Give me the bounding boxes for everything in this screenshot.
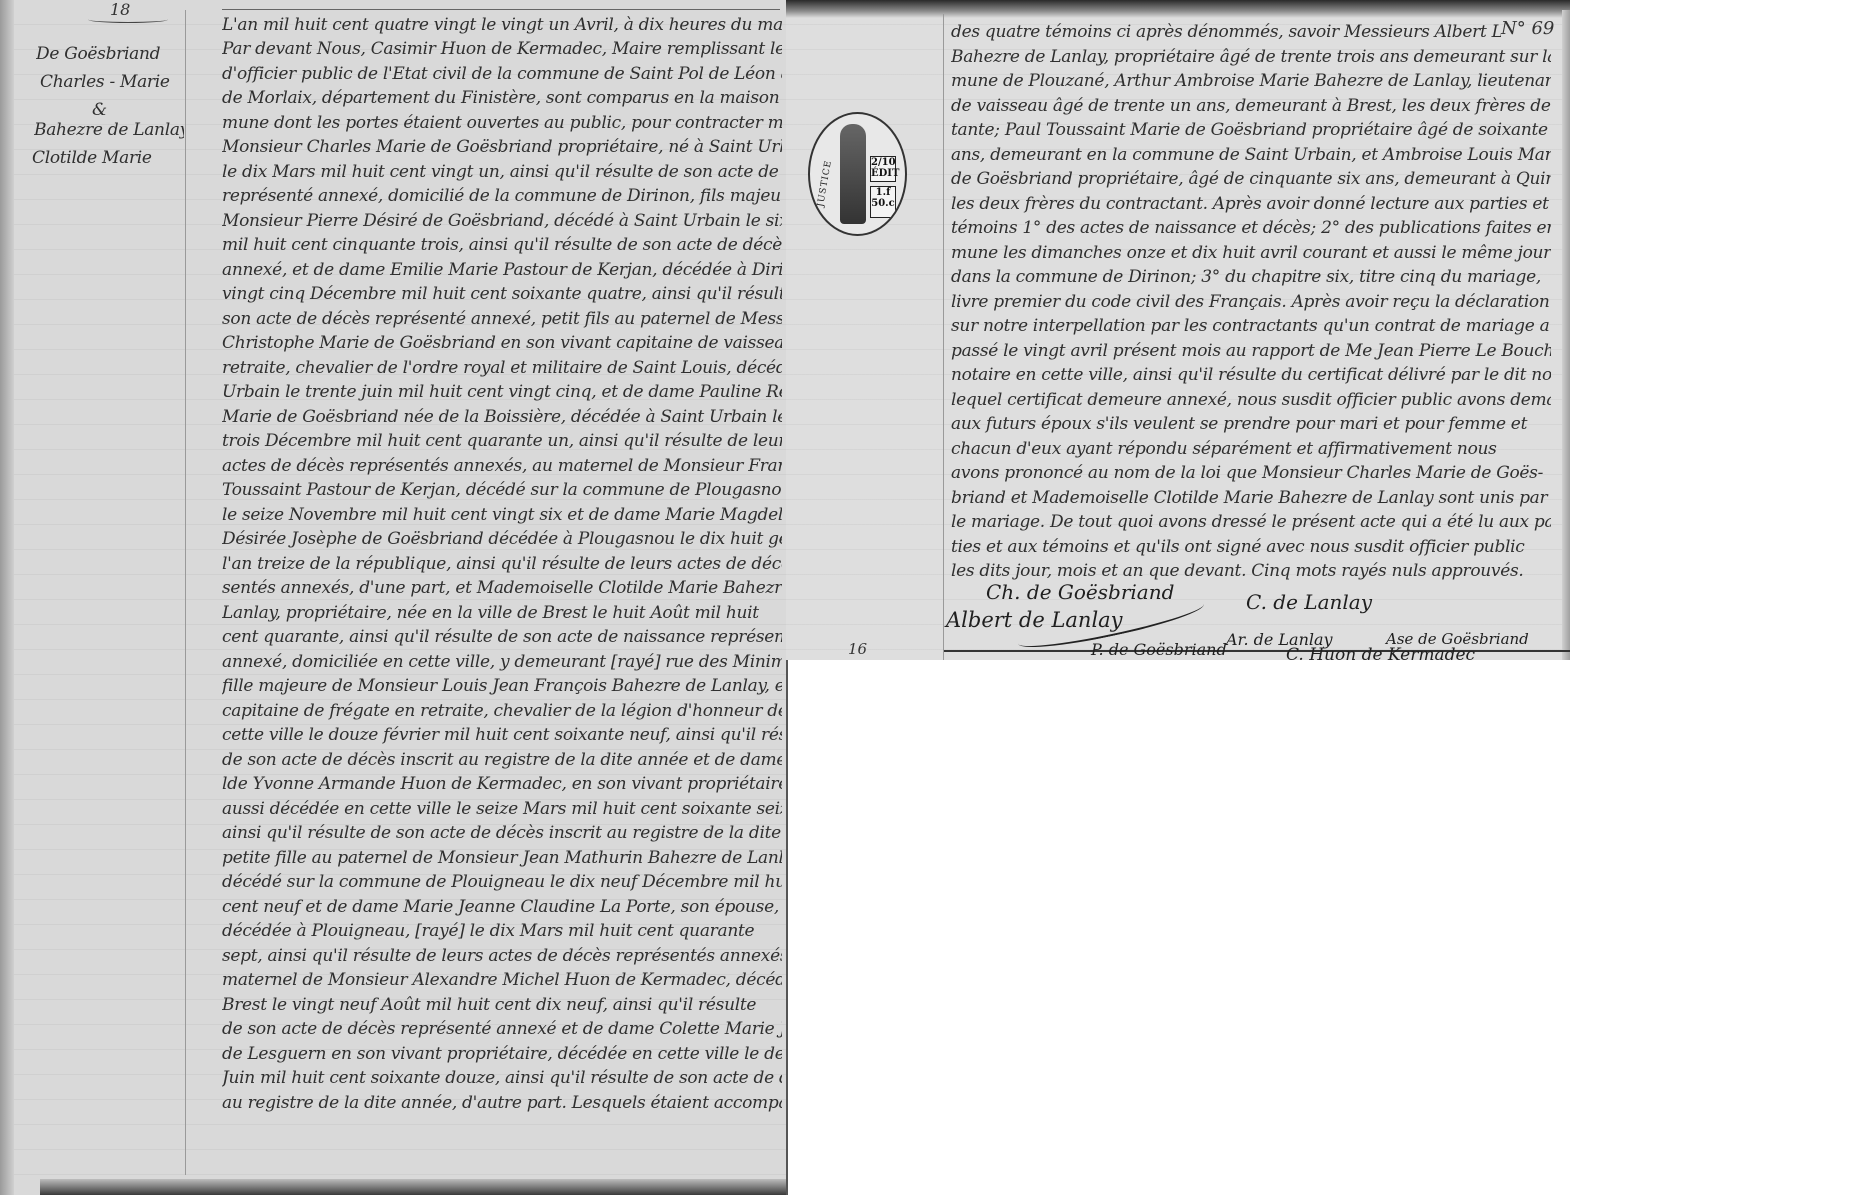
- fiscal-stamp: JUSTICE 2/10 ÉDIT 1.f 50.c: [808, 112, 907, 236]
- body-line: Brest le vingt neuf Août mil huit cent d…: [222, 993, 782, 1018]
- body-line: de vaisseau âgé de trente un ans, demeur…: [951, 94, 1551, 119]
- body-line: aux futurs époux s'ils veulent se prendr…: [951, 412, 1551, 437]
- body-line: trois Décembre mil huit cent quarante un…: [222, 429, 782, 454]
- body-line: avons prononcé au nom de la loi que Mons…: [951, 461, 1551, 486]
- body-line: témoins 1° des actes de naissance et déc…: [951, 216, 1551, 241]
- stamp-franc: 1.f: [871, 187, 895, 198]
- body-line: le seize Novembre mil huit cent vingt si…: [222, 503, 782, 528]
- signature-bride: C. de Lanlay: [1246, 590, 1372, 614]
- body-line: ans, demeurant en la commune de Saint Ur…: [951, 143, 1551, 168]
- body-line: de Morlaix, département du Finistère, so…: [222, 86, 782, 111]
- body-line: Lanlay, propriétaire, née en la ville de…: [222, 601, 782, 626]
- body-line: le dix Mars mil huit cent vingt un, ains…: [222, 160, 782, 185]
- body-line: retraite, chevalier de l'ordre royal et …: [222, 356, 782, 381]
- body-line: décédé sur la commune de Plouigneau le d…: [222, 870, 782, 895]
- body-line: Bahezre de Lanlay, propriétaire âgé de t…: [951, 45, 1551, 70]
- body-line: des quatre témoins ci après dénommés, sa…: [951, 20, 1501, 45]
- stamp-value-bottom: 1.f 50.c: [870, 186, 896, 218]
- stamp-label: JUSTICE: [816, 159, 834, 207]
- body-line: lequel certificat demeure annexé, nous s…: [951, 388, 1551, 413]
- body-line: maternel de Monsieur Alexandre Michel Hu…: [222, 968, 782, 993]
- page-bottom-edge: [40, 1179, 786, 1195]
- body-line: livre premier du code civil des Français…: [951, 290, 1551, 315]
- signature-mayor: C. Huon de Kermadec: [1286, 645, 1475, 665]
- body-line: mune dont les portes étaient ouvertes au…: [222, 111, 782, 136]
- body-line: sentés annexés, d'une part, et Mademoise…: [222, 576, 782, 601]
- body-line: Désirée Josèphe de Goësbriand décédée à …: [222, 527, 782, 552]
- body-line: capitaine de frégate en retraite, cheval…: [222, 699, 782, 724]
- body-line: Christophe Marie de Goësbriand en son vi…: [222, 331, 782, 356]
- act-number: N° 69: [1501, 18, 1554, 39]
- body-line: au registre de la dite année, d'autre pa…: [222, 1091, 782, 1116]
- margin-rule-line: [943, 14, 944, 660]
- body-line: fille majeure de Monsieur Louis Jean Fra…: [222, 674, 782, 699]
- body-line: cent quarante, ainsi qu'il résulte de so…: [222, 625, 782, 650]
- body-line: l'an treize de la république, ainsi qu'i…: [222, 552, 782, 577]
- left-register-page: 18 De Goësbriand Charles - Marie & Bahez…: [0, 0, 788, 1195]
- body-line: ties et aux témoins et qu'ils ont signé …: [951, 535, 1551, 560]
- body-line: de Goësbriand propriétaire, âgé de cinqu…: [951, 167, 1551, 192]
- folio-underline: [88, 16, 168, 23]
- body-line: chacun d'eux ayant répondu séparément et…: [951, 437, 1551, 462]
- binding-shadow: [0, 0, 14, 1195]
- margin-note-groom-surname: De Goësbriand: [36, 42, 184, 66]
- body-line: annexé, domiciliée en cette ville, y dem…: [222, 650, 782, 675]
- body-line: décédée à Plouigneau, [rayé] le dix Mars…: [222, 919, 782, 944]
- folio-number-bottom: 16: [848, 640, 867, 658]
- body-line: Monsieur Pierre Désiré de Goësbriand, dé…: [222, 209, 782, 234]
- body-line: de son acte de décès inscrit au registre…: [222, 748, 782, 773]
- body-line: de Lesguern en son vivant propriétaire, …: [222, 1042, 782, 1067]
- body-line: actes de décès représentés annexés, au m…: [222, 454, 782, 479]
- justice-figure-icon: [840, 124, 866, 224]
- body-line: ainsi qu'il résulte de son acte de décès…: [222, 821, 782, 846]
- body-line: sur notre interpellation par les contrac…: [951, 314, 1551, 339]
- page-right-edge: [1562, 10, 1570, 660]
- stamp-value-top: 2/10 ÉDIT: [870, 156, 896, 182]
- body-line: le mariage. De tout quoi avons dressé le…: [951, 510, 1551, 535]
- body-line: passé le vingt avril présent mois au rap…: [951, 339, 1551, 364]
- body-line: dans la commune de Dirinon; 3° du chapit…: [951, 265, 1551, 290]
- margin-note-groom-given: Charles - Marie: [40, 70, 188, 94]
- body-line: sept, ainsi qu'il résulte de leurs actes…: [222, 944, 782, 969]
- body-line: de son acte de décès représenté annexé e…: [222, 1017, 782, 1042]
- margin-note-bride-given: Clotilde Marie: [32, 146, 182, 170]
- body-line: son acte de décès représenté annexé, pet…: [222, 307, 782, 332]
- signature-witness-paul: P. de Goësbriand: [1091, 640, 1227, 659]
- body-line: les deux frères du contractant. Après av…: [951, 192, 1551, 217]
- right-register-page: N° 69 des quatre témoins ci après dénomm…: [786, 0, 1570, 660]
- body-line: briand et Mademoiselle Clotilde Marie Ba…: [951, 486, 1551, 511]
- margin-note-bride-surname: Bahezre de Lanlay: [34, 118, 184, 142]
- body-line: tante; Paul Toussaint Marie de Goësbrian…: [951, 118, 1551, 143]
- body-line: Juin mil huit cent soixante douze, ainsi…: [222, 1066, 782, 1091]
- body-line: Monsieur Charles Marie de Goësbriand pro…: [222, 135, 782, 160]
- body-line: d'officier public de l'Etat civil de la …: [222, 62, 782, 87]
- page-top-shadow: [786, 0, 1570, 18]
- body-line: Urbain le trente juin mil huit cent ving…: [222, 380, 782, 405]
- bottom-rule-line: [944, 650, 1570, 652]
- signature-groom: Ch. de Goësbriand: [986, 580, 1174, 604]
- body-line: L'an mil huit cent quatre vingt le vingt…: [222, 13, 782, 38]
- body-line: représenté annexé, domicilié de la commu…: [222, 184, 782, 209]
- body-line: vingt cinq Décembre mil huit cent soixan…: [222, 282, 782, 307]
- body-line: petite fille au paternel de Monsieur Jea…: [222, 846, 782, 871]
- body-line: Marie de Goësbriand née de la Boissière,…: [222, 405, 782, 430]
- body-line: mune les dimanches onze et dix huit avri…: [951, 241, 1551, 266]
- body-line: annexé, et de dame Emilie Marie Pastour …: [222, 258, 782, 283]
- body-line: aussi décédée en cette ville le seize Ma…: [222, 797, 782, 822]
- body-line: mune de Plouzané, Arthur Ambroise Marie …: [951, 69, 1551, 94]
- body-line: mil huit cent cinquante trois, ainsi qu'…: [222, 233, 782, 258]
- body-line: lde Yvonne Armande Huon de Kermadec, en …: [222, 772, 782, 797]
- body-line: Par devant Nous, Casimir Huon de Kermade…: [222, 37, 782, 62]
- top-rule-line: [222, 9, 780, 10]
- body-line: Toussaint Pastour de Kerjan, décédé sur …: [222, 478, 782, 503]
- body-line: cette ville le douze février mil huit ce…: [222, 723, 782, 748]
- body-line: cent neuf et de dame Marie Jeanne Claudi…: [222, 895, 782, 920]
- stamp-centimes: 50.c: [871, 198, 895, 209]
- body-line: notaire en cette ville, ainsi qu'il résu…: [951, 363, 1551, 388]
- margin-rule-line: [185, 10, 186, 1175]
